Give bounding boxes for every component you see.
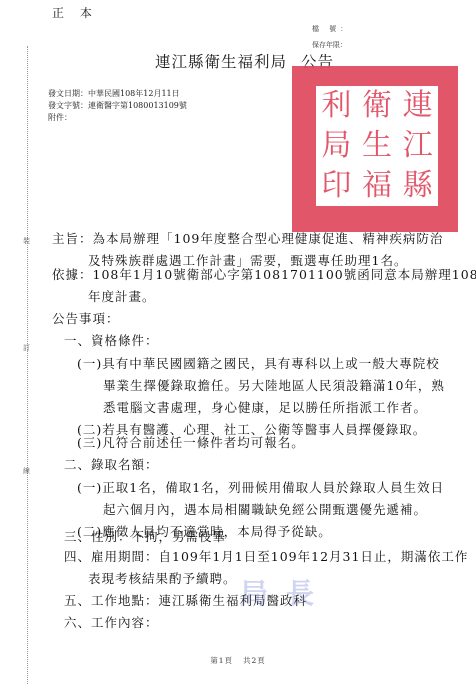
attachment-label: 附件： bbox=[48, 112, 187, 124]
section-employment-period: 四、雇用期間：自109年1月1日至109年12月31日止，期滿依工作 bbox=[64, 546, 468, 568]
seal-char: 衛 bbox=[357, 86, 398, 126]
qualification-item-1-line-2: 畢業生擇優錄取擔任。另大陸地區人民須設籍滿10年，熟 bbox=[103, 375, 445, 397]
section-quota-title: 二、錄取名額： bbox=[64, 454, 159, 476]
announcement-label: 公告事項： bbox=[52, 308, 120, 330]
seal-char: 縣 bbox=[397, 166, 438, 206]
subject-label: 主旨： bbox=[52, 228, 93, 250]
binding-mark-top: 裝 bbox=[23, 236, 30, 246]
copy-type-label: 正 本 bbox=[52, 4, 98, 21]
seal-char: 江 bbox=[397, 126, 438, 166]
basis-text: 108年1月10號衛部心字第1081701100號函同意本局辦理108 bbox=[93, 267, 476, 282]
seal-char: 利 bbox=[316, 86, 357, 126]
seal-char: 連 bbox=[397, 86, 438, 126]
retention-period-label: 保存年限： bbox=[312, 40, 347, 50]
seal-char: 印 bbox=[316, 166, 357, 206]
page-number: 第1頁 bbox=[210, 656, 233, 665]
section-employment-period-cont: 表現考核結果酌予續聘。 bbox=[88, 568, 237, 590]
quota-item-1-line-2: 起六個月內，遇本局相關職缺免經公開甄選優先遞補。 bbox=[103, 499, 427, 521]
qualification-item-1: (一)具有中華民國國籍之國民，具有專科以上或一般大專院校 bbox=[77, 353, 440, 375]
binding-mark-middle: 訂 bbox=[23, 343, 30, 353]
seal-char: 福 bbox=[357, 166, 398, 206]
item-marker: (一) bbox=[77, 480, 102, 495]
seal-char: 生 bbox=[357, 126, 398, 166]
section-qualifications-title: 一、資格條件： bbox=[64, 330, 159, 352]
seal-char: 局 bbox=[316, 126, 357, 166]
section-gender: 三、性別：不拘，男需役畢 bbox=[64, 526, 226, 548]
subject-line-1: 主旨：為本局辦理「109年度整合型心理健康促進、精神疾病防治 bbox=[52, 228, 443, 250]
quota-item-1: (一)正取1名，備取1名，列冊候用備取人員於錄取人員生效日 bbox=[77, 477, 444, 499]
item-marker: (一) bbox=[77, 356, 102, 371]
item-marker: (三) bbox=[77, 435, 102, 450]
qualification-item-3: (三)凡符合前述任一條件者均可報名。 bbox=[77, 432, 305, 454]
seal-characters: 利 衛 連 局 生 江 印 福 縣 bbox=[316, 86, 438, 206]
binding-line bbox=[27, 46, 28, 685]
agency-name: 連江縣衛生福利局 bbox=[155, 53, 287, 71]
issue-date: 發文日期：中華民國108年12月11日 bbox=[48, 88, 187, 100]
archive-number-label: 檔 號： bbox=[312, 24, 351, 34]
basis-line-2: 年度計畫。 bbox=[88, 286, 156, 308]
binding-mark-bottom: 線 bbox=[23, 466, 30, 476]
basis-line-1: 依據：108年1月10號衛部心字第1081701100號函同意本局辦理108 bbox=[52, 264, 476, 286]
basis-label: 依據： bbox=[52, 264, 93, 286]
issue-info: 發文日期：中華民國108年12月11日 發文字號：連衛醫字第1080013109… bbox=[48, 88, 187, 124]
reference-number: 發文字號：連衛醫字第1080013109號 bbox=[48, 100, 187, 112]
qualification-item-1-line-3: 悉電腦文書處理，身心健康，足以勝任所指派工作者。 bbox=[103, 397, 427, 419]
official-seal: 利 衛 連 局 生 江 印 福 縣 bbox=[292, 66, 458, 232]
director-signature-stamp: 局長 bbox=[240, 572, 420, 612]
section-job-duties: 六、工作內容： bbox=[64, 612, 159, 634]
page-footer: 第1頁共2頁 bbox=[0, 655, 476, 666]
subject-text: 為本局辦理「109年度整合型心理健康促進、精神疾病防治 bbox=[93, 231, 444, 246]
page-total: 共2頁 bbox=[243, 656, 266, 665]
